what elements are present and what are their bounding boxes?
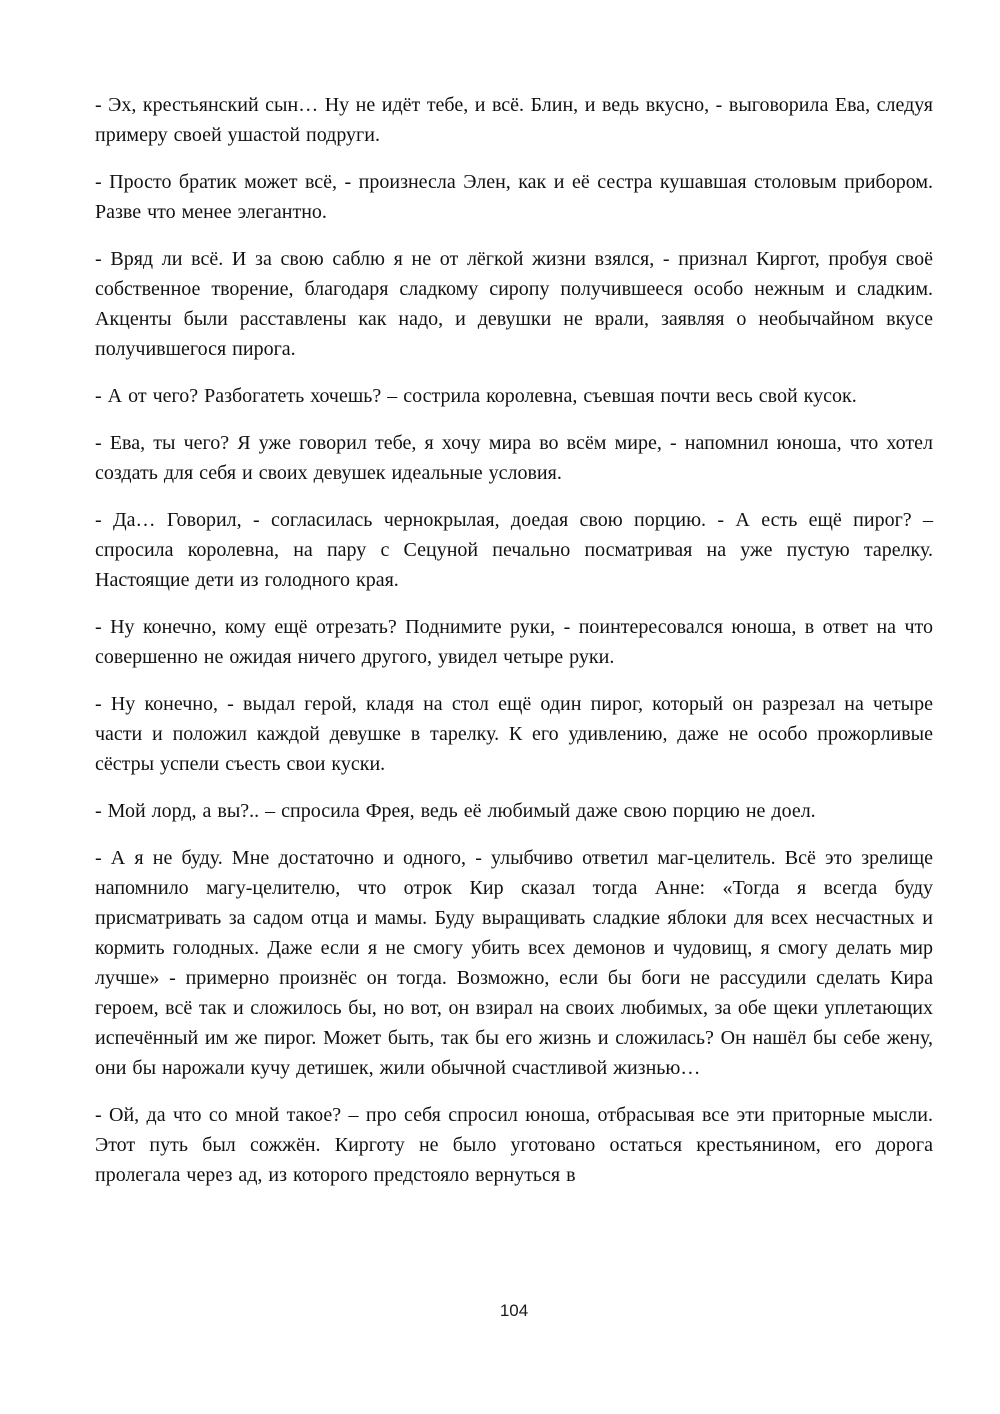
paragraph: - Ну конечно, - выдал герой, кладя на ст… bbox=[95, 689, 933, 779]
paragraph: - Ой, да что со мной такое? – про себя с… bbox=[95, 1100, 933, 1190]
paragraph: - Просто братик может всё, - произнесла … bbox=[95, 167, 933, 227]
paragraph: - Эх, крестьянский сын… Ну не идёт тебе,… bbox=[95, 90, 933, 150]
page-text: - Эх, крестьянский сын… Ну не идёт тебе,… bbox=[95, 90, 933, 1207]
page-number: 104 bbox=[95, 1301, 933, 1321]
paragraph: - Ева, ты чего? Я уже говорил тебе, я хо… bbox=[95, 428, 933, 488]
paragraph: - А я не буду. Мне достаточно и одного, … bbox=[95, 843, 933, 1083]
document-page: - Эх, крестьянский сын… Ну не идёт тебе,… bbox=[0, 0, 1000, 1414]
paragraph: - Ну конечно, кому ещё отрезать? Подними… bbox=[95, 612, 933, 672]
paragraph: - А от чего? Разбогатеть хочешь? – состр… bbox=[95, 381, 933, 411]
paragraph: - Мой лорд, а вы?.. – спросила Фрея, вед… bbox=[95, 796, 933, 826]
paragraph: - Да… Говорил, - согласилась чернокрылая… bbox=[95, 505, 933, 595]
paragraph: - Вряд ли всё. И за свою саблю я не от л… bbox=[95, 244, 933, 364]
